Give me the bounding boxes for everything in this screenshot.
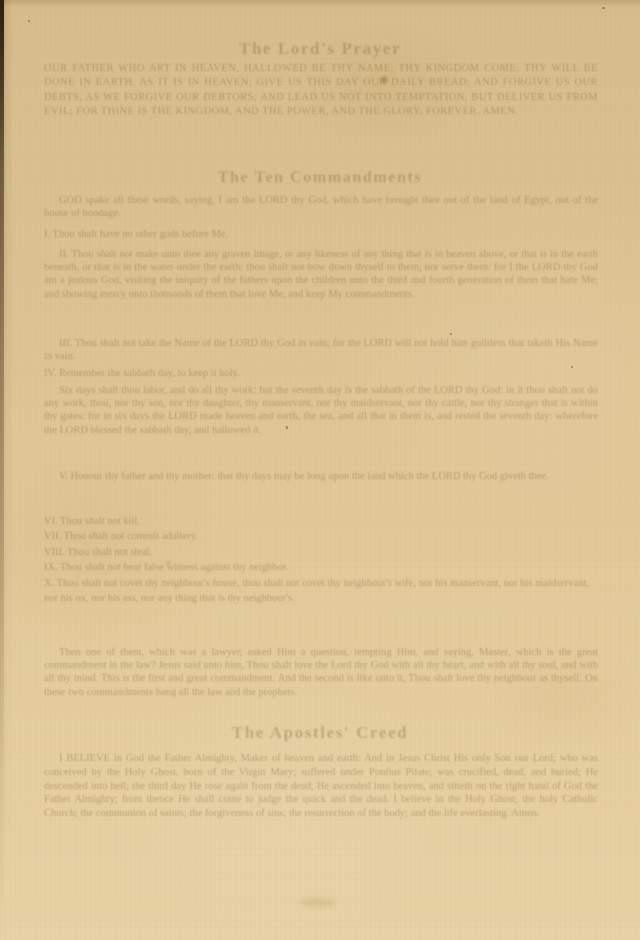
ghost-text-apostles-creed: I BELIEVE in God the Father Almighty, Ma… [44,752,598,864]
left-edge-soft-shadow [0,0,14,940]
paper-speck [602,7,605,9]
top-edge-shading [0,0,640,7]
ghost-text-commandment-4-head: IV. Remember the sabbath day, to keep it… [44,367,598,381]
ghost-text-commandment-4: Six days shalt thou labor, and do all th… [44,384,598,466]
bottom-smudge [300,898,336,907]
ghost-text-law-summary: Then one of them, which was a lawyer, as… [44,646,598,712]
ghost-text-lords-prayer: OUR FATHER WHO ART IN HEAVEN, HALLOWED B… [44,62,598,154]
paper-speck [571,366,573,368]
foxing-spot [381,76,388,83]
paper-speck [28,20,30,22]
scanned-book-page: The Lord's Prayer OUR FATHER WHO ART IN … [0,0,640,940]
ghost-text-commandment-1: I. Thou shalt have no other gods before … [44,228,598,242]
ghost-heading-apostles-creed: The Apostles' Creed [0,722,640,743]
ghost-text-commandments-6-10: VI. Thou shalt not kill. VII. Thou shalt… [44,514,598,636]
foxing-spot [166,560,171,565]
ghost-text-commandments-intro: GOD spake all these words, saying, I am … [44,194,598,223]
ghost-text-commandment-2: II. Thou shalt not make unto thee any gr… [44,248,598,330]
ghost-text-commandment-3: III. Thou shalt not take the Name of the… [44,337,598,365]
paper-speck [450,333,452,335]
ghost-text-commandment-5: V. Honour thy father and thy mother: tha… [44,470,598,498]
ghost-heading-ten-commandments: The Ten Commandments [0,167,640,188]
paper-speck [286,426,288,429]
ghost-heading-lords-prayer: The Lord's Prayer [0,38,640,59]
